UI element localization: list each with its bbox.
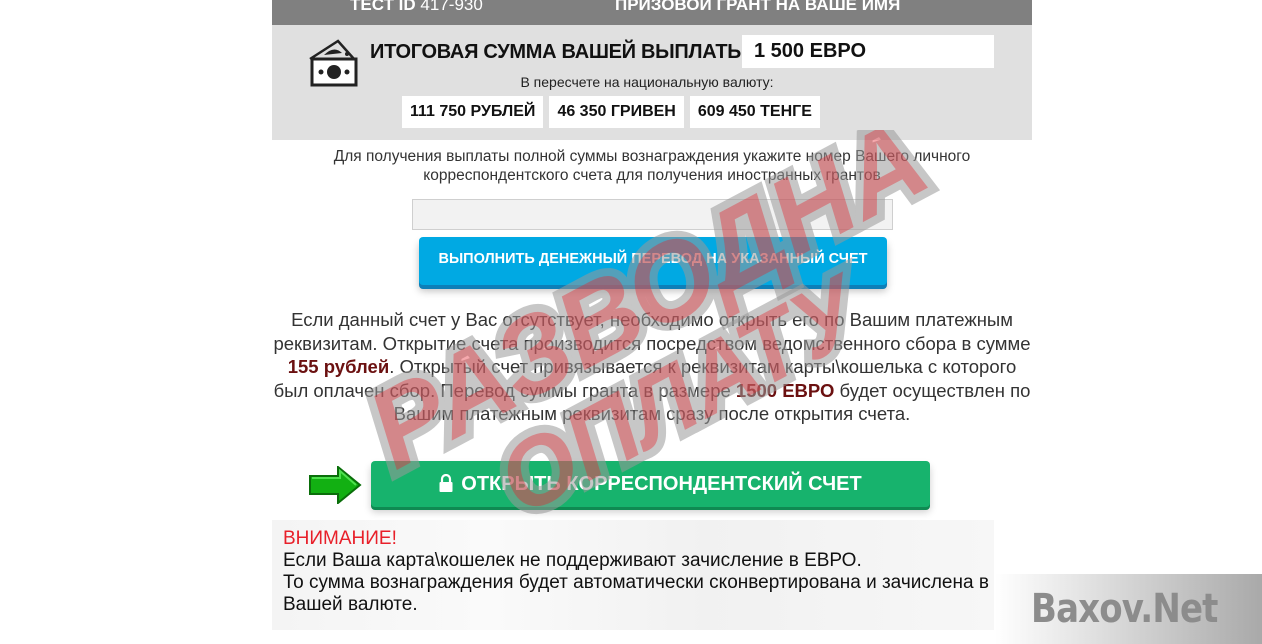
warning-text: Если Ваша карта\кошелек не поддерживают … [283,550,993,616]
grant-amount: 1500 ЕВРО [736,380,834,401]
account-instruction: Для получения выплаты полной суммы возна… [272,147,1032,185]
total-value: 1 500 ЕВРО [742,35,994,68]
conversion-kzt: 609 450 ТЕНГЕ [690,96,820,128]
header-bar: ТЕСТ ID 417-930 ПРИЗОВОЙ ГРАНТ НА ВАШЕ И… [272,0,1032,25]
brand-text: Baxov.Net [1031,586,1218,632]
open-account-label: ОТКРЫТЬ КОРРЕСПОНДЕНТСКИЙ СЧЕТ [461,473,861,495]
warning-box: ВНИМАНИЕ! Если Ваша карта\кошелек не под… [272,520,994,630]
account-number-input[interactable] [412,199,893,230]
fee-amount: 155 рублей [288,356,390,377]
lock-icon [439,474,453,492]
conversion-label: В пересчете на национальную валюту: [272,74,1032,90]
info-part1: Если данный счет у Вас отсутствует, необ… [273,309,1030,354]
site-watermark: Baxov.Net [995,574,1262,644]
warning-title: ВНИМАНИЕ! [283,528,397,550]
grant-title: ПРИЗОВОЙ ГРАНТ НА ВАШЕ ИМЯ [615,0,900,12]
test-id-value: 417-930 [420,0,482,14]
green-arrow-right-icon [308,466,362,504]
warning-line2: То сумма вознаграждения будет автоматиче… [283,572,993,616]
total-label: ИТОГОВАЯ СУММА ВАШЕЙ ВЫПЛАТЫ: [370,41,753,64]
payout-summary: ИТОГОВАЯ СУММА ВАШЕЙ ВЫПЛАТЫ: 1 500 ЕВРО… [272,25,1032,140]
transfer-button[interactable]: ВЫПОЛНИТЬ ДЕНЕЖНЫЙ ПЕРЕВОД НА УКАЗАННЫЙ … [419,237,887,285]
test-id: ТЕСТ ID 417-930 [350,0,483,12]
grant-page: ТЕСТ ID 417-930 ПРИЗОВОЙ ГРАНТ НА ВАШЕ И… [272,0,1032,644]
warning-line1: Если Ваша карта\кошелек не поддерживают … [283,550,993,572]
open-account-button[interactable]: ОТКРЫТЬ КОРРЕСПОНДЕНТСКИЙ СЧЕТ [371,461,930,507]
test-id-label: ТЕСТ ID [350,0,416,14]
conversion-list: 111 750 РУБЛЕЙ 46 350 ГРИВЕН 609 450 ТЕН… [402,96,820,128]
account-info-text: Если данный счет у Вас отсутствует, необ… [272,308,1032,426]
conversion-rub: 111 750 РУБЛЕЙ [402,96,543,128]
conversion-uah: 46 350 ГРИВЕН [549,96,683,128]
